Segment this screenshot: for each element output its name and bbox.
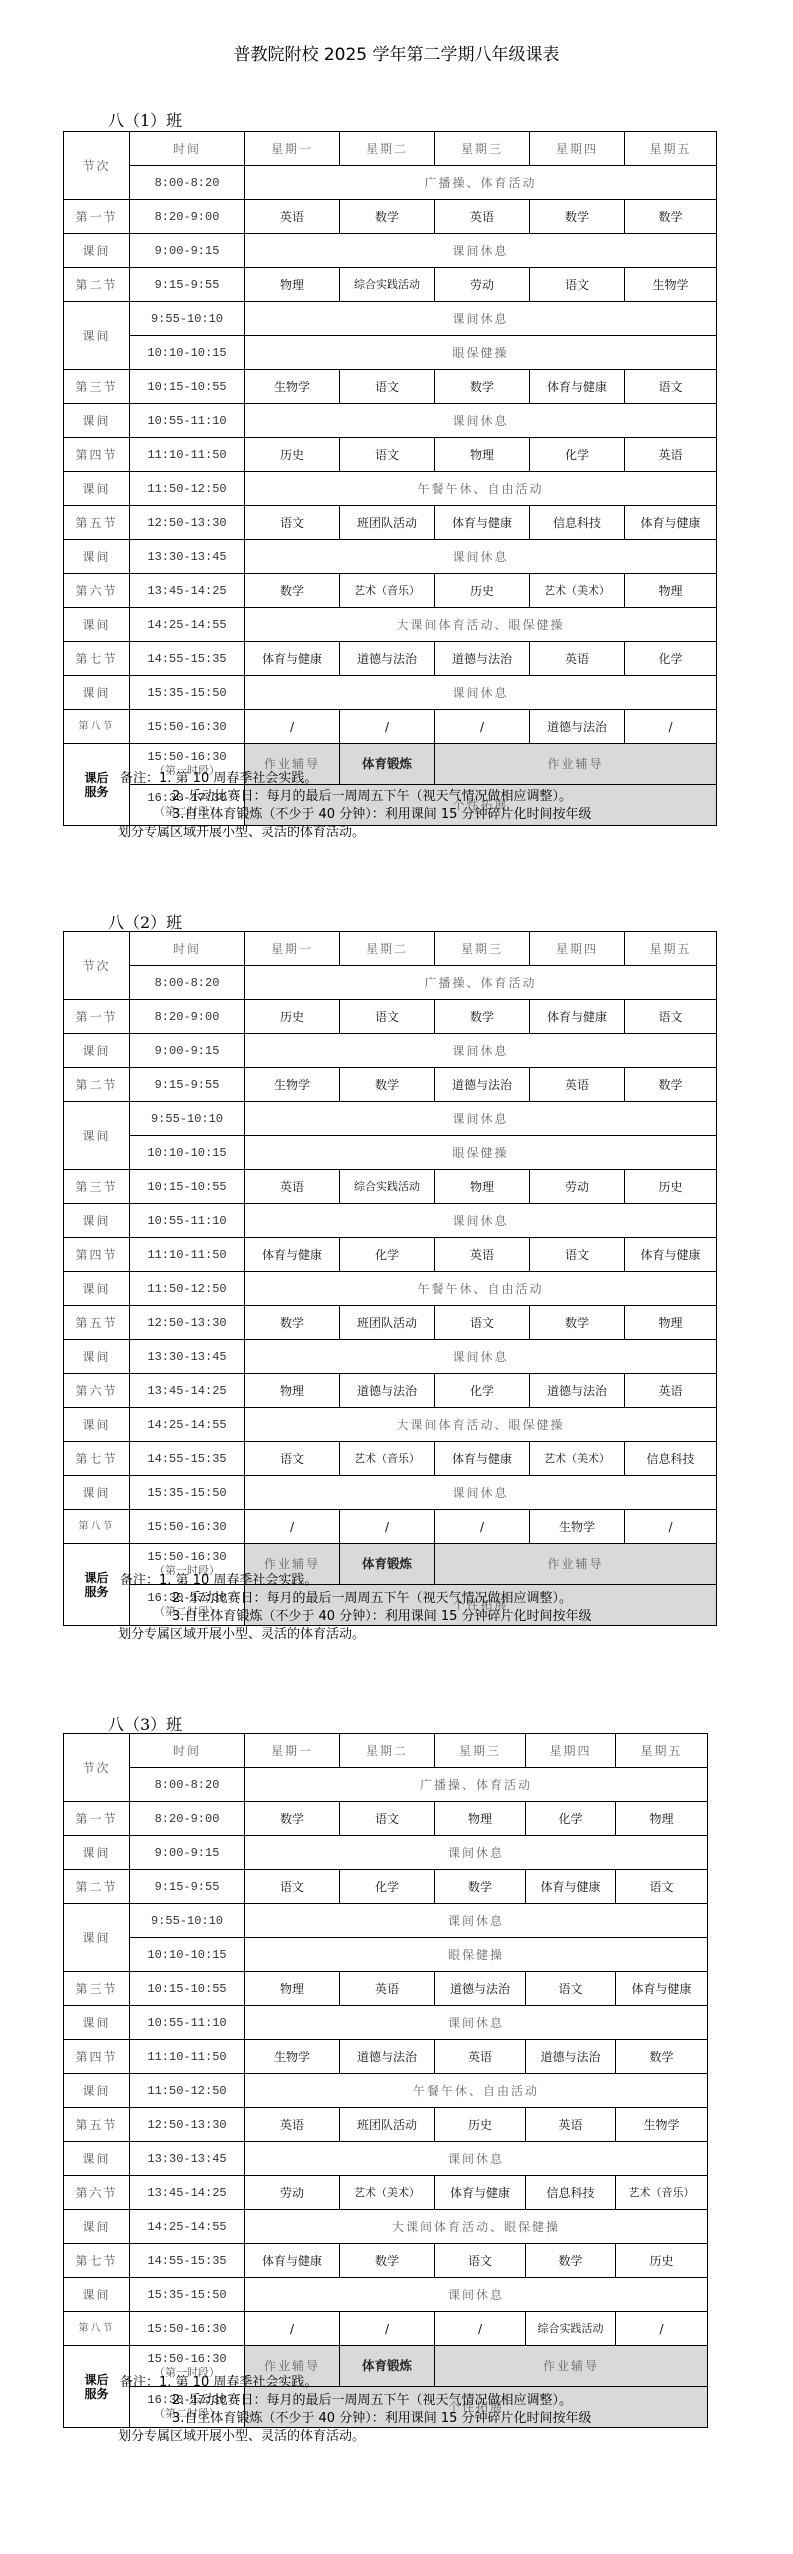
subject-cell: 生物学: [245, 370, 340, 404]
note-line-2: 2. 乐动比赛日：每月的最后一周周五下午（视天气情况做相应调整）。: [120, 788, 760, 806]
subject-cell: 语文: [616, 1870, 708, 1904]
subject-cell: /: [435, 1510, 530, 1544]
slot-time: 15:50-16:30: [130, 750, 244, 764]
lesson-row: 第五节12:50-13:30数学班团队活动语文数学物理: [64, 1306, 717, 1340]
lesson-row: 第七节14:55-15:35体育与健康道德与法治道德与法治英语化学: [64, 642, 717, 676]
time-cell: 14:55-15:35: [130, 2244, 245, 2278]
time-cell: 13:45-14:25: [130, 574, 245, 608]
notes: 备注：1. 第 10 周春季社会实践。2. 乐动比赛日：每月的最后一周周五下午（…: [120, 2374, 760, 2446]
break-label: 课间: [64, 1476, 130, 1510]
period-label: 第六节: [64, 574, 130, 608]
subject-cell: /: [616, 2312, 708, 2346]
lesson-row: 第七节14:55-15:35语文艺术（音乐）体育与健康艺术（美术）信息科技: [64, 1442, 717, 1476]
subject-cell: 化学: [435, 1374, 530, 1408]
activity-span: 眼保健操: [245, 336, 717, 370]
subject-cell: 道德与法治: [530, 1374, 625, 1408]
lesson-row: 第八节15:50-16:30///综合实践活动/: [64, 2312, 708, 2346]
subject-cell: 语文: [340, 370, 435, 404]
activity-span: 眼保健操: [245, 1136, 717, 1170]
subject-cell: 体育与健康: [530, 370, 625, 404]
time-cell: 13:30-13:45: [130, 2142, 245, 2176]
time-cell: 9:15-9:55: [130, 1068, 245, 1102]
subject-cell: 历史: [435, 574, 530, 608]
lesson-row: 第二节9:15-9:55物理综合实践活动劳动语文生物学: [64, 268, 717, 302]
subject-cell: 艺术（美术）: [530, 1442, 625, 1476]
subject-cell: 物理: [625, 1306, 717, 1340]
lesson-row: 第六节13:45-14:25数学艺术（音乐）历史艺术（美术）物理: [64, 574, 717, 608]
note-line-2: 2. 乐动比赛日：每月的最后一周周五下午（视天气情况做相应调整）。: [120, 2392, 760, 2410]
time-cell: 11:10-11:50: [130, 1238, 245, 1272]
time-cell: 8:00-8:20: [130, 1768, 245, 1802]
activity-span: 课间休息: [245, 1340, 717, 1374]
break-row: 课间15:35-15:50课间休息: [64, 1476, 717, 1510]
subject-cell: 数学: [245, 1306, 340, 1340]
break-row: 课间10:55-11:10课间休息: [64, 404, 717, 438]
subject-cell: 物理: [616, 1802, 708, 1836]
subject-cell: 体育与健康: [245, 642, 340, 676]
time-cell: 12:50-13:30: [130, 506, 245, 540]
activity-span: 课间休息: [245, 234, 717, 268]
note-line-1: 备注：1. 第 10 周春季社会实践。: [120, 770, 760, 788]
break-row: 课间14:25-14:55大课间体育活动、眼保健操: [64, 2210, 708, 2244]
activity-span: 课间休息: [245, 1102, 717, 1136]
subject-cell: 语文: [435, 1306, 530, 1340]
subject-cell: 道德与法治: [340, 2040, 435, 2074]
time-cell: 9:55-10:10: [130, 1904, 245, 1938]
lesson-row: 第一节8:20-9:00数学语文物理化学物理: [64, 1802, 708, 1836]
break-label: 课间: [64, 1034, 130, 1068]
time-cell: 15:50-16:30: [130, 1510, 245, 1544]
time-cell: 15:50-16:30: [130, 710, 245, 744]
subject-cell: 数学: [245, 1802, 340, 1836]
break-label: 课间: [64, 472, 130, 506]
subject-cell: 劳动: [530, 1170, 625, 1204]
morning-exercise-row: 8:00-8:20广播操、体育活动: [64, 1768, 708, 1802]
day-header: 星期三: [435, 132, 530, 166]
day-header: 星期一: [245, 932, 340, 966]
timetable-2: 节次时间星期一星期二星期三星期四星期五8:00-8:20广播操、体育活动第一节8…: [63, 931, 717, 1626]
break-label: 课间: [64, 1272, 130, 1306]
activity-span: 课间休息: [245, 302, 717, 336]
subject-cell: 道德与法治: [340, 1374, 435, 1408]
break-label: 课间: [64, 2278, 130, 2312]
subject-cell: 生物学: [245, 1068, 340, 1102]
subject-cell: 语文: [245, 1870, 340, 1904]
subject-cell: 语文: [530, 1238, 625, 1272]
subject-cell: 道德与法治: [526, 2040, 616, 2074]
subject-cell: 历史: [245, 1000, 340, 1034]
break-label: 课间: [64, 2006, 130, 2040]
note-line-4: 划分专属区域开展小型、灵活的体育活动。: [118, 1626, 760, 1644]
subject-cell: 艺术（音乐）: [340, 1442, 435, 1476]
lesson-row: 第一节8:20-9:00英语数学英语数学数学: [64, 200, 717, 234]
activity-span: 午餐午休、自由活动: [245, 1272, 717, 1306]
time-cell: 10:10-10:15: [130, 1938, 245, 1972]
period-label: 第八节: [64, 2312, 130, 2346]
header-row: 节次时间星期一星期二星期三星期四星期五: [64, 932, 717, 966]
subject-cell: 体育与健康: [435, 1442, 530, 1476]
period-label: 第二节: [64, 1068, 130, 1102]
activity-span: 课间休息: [245, 1476, 717, 1510]
time-cell: 14:25-14:55: [130, 2210, 245, 2244]
subject-cell: 道德与法治: [435, 642, 530, 676]
time-header: 时间: [130, 132, 245, 166]
time-cell: 9:15-9:55: [130, 1870, 245, 1904]
subject-cell: 体育与健康: [625, 1238, 717, 1272]
subject-cell: 体育与健康: [245, 2244, 340, 2278]
time-cell: 12:50-13:30: [130, 2108, 245, 2142]
lesson-row: 第一节8:20-9:00历史语文数学体育与健康语文: [64, 1000, 717, 1034]
break-row: 课间14:25-14:55大课间体育活动、眼保健操: [64, 608, 717, 642]
break-row: 课间15:35-15:50课间休息: [64, 2278, 708, 2312]
class-label: 八（1）班: [108, 108, 182, 131]
subject-cell: /: [245, 710, 340, 744]
time-cell: 13:45-14:25: [130, 1374, 245, 1408]
lesson-row: 第二节9:15-9:55语文化学数学体育与健康语文: [64, 1870, 708, 1904]
day-header: 星期四: [530, 132, 625, 166]
subject-cell: /: [340, 2312, 435, 2346]
break-label: 课间: [64, 676, 130, 710]
activity-span: 广播操、体育活动: [245, 966, 717, 1000]
day-header: 星期一: [245, 132, 340, 166]
subject-cell: 语文: [245, 1442, 340, 1476]
lesson-row: 第六节13:45-14:25物理道德与法治化学道德与法治英语: [64, 1374, 717, 1408]
subject-cell: 化学: [526, 1802, 616, 1836]
subject-cell: 信息科技: [530, 506, 625, 540]
subject-cell: 劳动: [435, 268, 530, 302]
subject-cell: 语文: [625, 1000, 717, 1034]
break-label: 课间: [64, 234, 130, 268]
activity-span: 大课间体育活动、眼保健操: [245, 2210, 708, 2244]
subject-cell: 艺术（音乐）: [340, 574, 435, 608]
note-line-1: 备注：1. 第 10 周春季社会实践。: [120, 1572, 760, 1590]
activity-span: 课间休息: [245, 404, 717, 438]
subject-cell: 语文: [526, 1972, 616, 2006]
subject-cell: 英语: [435, 200, 530, 234]
subject-cell: 语文: [340, 438, 435, 472]
subject-cell: 英语: [245, 1170, 340, 1204]
subject-cell: 数学: [340, 2244, 435, 2278]
time-cell: 11:50-12:50: [130, 1272, 245, 1306]
activity-span: 眼保健操: [245, 1938, 708, 1972]
period-label: 第八节: [64, 710, 130, 744]
period-label: 第七节: [64, 2244, 130, 2278]
subject-cell: 物理: [435, 1170, 530, 1204]
subject-cell: 语文: [340, 1802, 435, 1836]
activity-span: 广播操、体育活动: [245, 1768, 708, 1802]
period-label: 第四节: [64, 1238, 130, 1272]
activity-span: 广播操、体育活动: [245, 166, 717, 200]
break-row: 课间11:50-12:50午餐午休、自由活动: [64, 2074, 708, 2108]
subject-cell: /: [245, 2312, 340, 2346]
time-cell: 13:30-13:45: [130, 540, 245, 574]
lesson-row: 第八节15:50-16:30///生物学/: [64, 1510, 717, 1544]
subject-cell: 体育与健康: [435, 2176, 526, 2210]
subject-cell: 生物学: [245, 2040, 340, 2074]
activity-span: 大课间体育活动、眼保健操: [245, 608, 717, 642]
period-label: 第三节: [64, 1972, 130, 2006]
period-label: 第一节: [64, 1802, 130, 1836]
class-label: 八（2）班: [108, 910, 182, 933]
period-label: 第一节: [64, 1000, 130, 1034]
subject-cell: 道德与法治: [435, 1972, 526, 2006]
break-row: 课间13:30-13:45课间休息: [64, 1340, 717, 1374]
subject-cell: 数学: [435, 370, 530, 404]
break-row: 10:10-10:15眼保健操: [64, 336, 717, 370]
page-title: 普教院附校 2025 学年第二学期八年级课表: [0, 40, 793, 65]
lesson-row: 第三节10:15-10:55生物学语文数学体育与健康语文: [64, 370, 717, 404]
subject-cell: 物理: [245, 1374, 340, 1408]
day-header: 星期二: [340, 132, 435, 166]
subject-cell: /: [625, 710, 717, 744]
break-row: 10:10-10:15眼保健操: [64, 1938, 708, 1972]
time-cell: 11:50-12:50: [130, 2074, 245, 2108]
break-row: 课间14:25-14:55大课间体育活动、眼保健操: [64, 1408, 717, 1442]
period-label: 第三节: [64, 1170, 130, 1204]
subject-cell: /: [435, 710, 530, 744]
activity-span: 课间休息: [245, 540, 717, 574]
subject-cell: 数学: [616, 2040, 708, 2074]
morning-exercise-row: 8:00-8:20广播操、体育活动: [64, 166, 717, 200]
note-line-1: 备注：1. 第 10 周春季社会实践。: [120, 2374, 760, 2392]
break-label: 课间: [64, 1204, 130, 1238]
subject-cell: 道德与法治: [340, 642, 435, 676]
subject-cell: 英语: [245, 200, 340, 234]
time-cell: 15:50-16:30: [130, 2312, 245, 2346]
day-header: 星期二: [340, 1734, 435, 1768]
subject-cell: 英语: [435, 2040, 526, 2074]
lesson-row: 第五节12:50-13:30英语班团队活动历史英语生物学: [64, 2108, 708, 2142]
subject-cell: /: [340, 1510, 435, 1544]
subject-cell: 英语: [625, 1374, 717, 1408]
time-cell: 8:20-9:00: [130, 1802, 245, 1836]
period-label: 第七节: [64, 1442, 130, 1476]
subject-cell: 历史: [435, 2108, 526, 2142]
time-cell: 8:20-9:00: [130, 200, 245, 234]
lesson-row: 第八节15:50-16:30///道德与法治/: [64, 710, 717, 744]
activity-span: 课间休息: [245, 1836, 708, 1870]
time-cell: 13:30-13:45: [130, 1340, 245, 1374]
subject-cell: 体育与健康: [435, 506, 530, 540]
break-label: 课间: [64, 2210, 130, 2244]
break-label: 课间: [64, 302, 130, 370]
time-cell: 12:50-13:30: [130, 1306, 245, 1340]
time-header: 时间: [130, 932, 245, 966]
period-label: 第八节: [64, 1510, 130, 1544]
period-label: 第三节: [64, 370, 130, 404]
subject-cell: 生物学: [530, 1510, 625, 1544]
subject-cell: 生物学: [616, 2108, 708, 2142]
note-line-4: 划分专属区域开展小型、灵活的体育活动。: [118, 824, 760, 842]
time-cell: 9:55-10:10: [130, 302, 245, 336]
subject-cell: 英语: [530, 642, 625, 676]
subject-cell: 化学: [340, 1870, 435, 1904]
subject-cell: 物理: [245, 1972, 340, 2006]
subject-cell: 道德与法治: [530, 710, 625, 744]
subject-cell: 艺术（美术）: [340, 2176, 435, 2210]
activity-span: 课间休息: [245, 1034, 717, 1068]
subject-cell: 语文: [340, 1000, 435, 1034]
subject-cell: 物理: [435, 1802, 526, 1836]
lesson-row: 第七节14:55-15:35体育与健康数学语文数学历史: [64, 2244, 708, 2278]
lesson-row: 第四节11:10-11:50历史语文物理化学英语: [64, 438, 717, 472]
subject-cell: 历史: [625, 1170, 717, 1204]
time-cell: 10:55-11:10: [130, 1204, 245, 1238]
break-label: 课间: [64, 1408, 130, 1442]
subject-cell: 英语: [245, 2108, 340, 2142]
lesson-row: 第三节10:15-10:55英语综合实践活动物理劳动历史: [64, 1170, 717, 1204]
subject-cell: 班团队活动: [340, 1306, 435, 1340]
period-header: 节次: [64, 932, 130, 1000]
time-cell: 9:55-10:10: [130, 1102, 245, 1136]
time-cell: 14:55-15:35: [130, 1442, 245, 1476]
period-label: 第四节: [64, 2040, 130, 2074]
subject-cell: 综合实践活动: [526, 2312, 616, 2346]
subject-cell: 英语: [625, 438, 717, 472]
time-cell: 11:50-12:50: [130, 472, 245, 506]
subject-cell: /: [245, 1510, 340, 1544]
subject-cell: 物理: [245, 268, 340, 302]
time-cell: 13:45-14:25: [130, 2176, 245, 2210]
activity-span: 午餐午休、自由活动: [245, 472, 717, 506]
time-cell: 9:15-9:55: [130, 268, 245, 302]
subject-cell: 信息科技: [526, 2176, 616, 2210]
lesson-row: 第五节12:50-13:30语文班团队活动体育与健康信息科技体育与健康: [64, 506, 717, 540]
activity-span: 课间休息: [245, 2006, 708, 2040]
time-cell: 11:10-11:50: [130, 2040, 245, 2074]
period-label: 第二节: [64, 1870, 130, 1904]
period-label: 第四节: [64, 438, 130, 472]
time-cell: 14:55-15:35: [130, 642, 245, 676]
subject-cell: 艺术（美术）: [530, 574, 625, 608]
day-header: 星期三: [435, 932, 530, 966]
lesson-row: 第四节11:10-11:50体育与健康化学英语语文体育与健康: [64, 1238, 717, 1272]
subject-cell: /: [435, 2312, 526, 2346]
subject-cell: 班团队活动: [340, 2108, 435, 2142]
note-line-3: 3.自主体育锻炼（不少于 40 分钟）：利用课间 15 分钟碎片化时间按年级: [120, 2410, 760, 2428]
subject-cell: 体育与健康: [625, 506, 717, 540]
subject-cell: 体育与健康: [530, 1000, 625, 1034]
day-header: 星期五: [625, 932, 717, 966]
time-cell: 8:00-8:20: [130, 966, 245, 1000]
subject-cell: 数学: [625, 200, 717, 234]
subject-cell: 道德与法治: [435, 1068, 530, 1102]
subject-cell: 数学: [340, 1068, 435, 1102]
period-label: 第六节: [64, 1374, 130, 1408]
subject-cell: 班团队活动: [340, 506, 435, 540]
subject-cell: 数学: [526, 2244, 616, 2278]
notes: 备注：1. 第 10 周春季社会实践。2. 乐动比赛日：每月的最后一周周五下午（…: [120, 1572, 760, 1644]
lesson-row: 第六节13:45-14:25劳动艺术（美术）体育与健康信息科技艺术（音乐）: [64, 2176, 708, 2210]
subject-cell: 劳动: [245, 2176, 340, 2210]
period-label: 第五节: [64, 1306, 130, 1340]
subject-cell: 体育与健康: [616, 1972, 708, 2006]
subject-cell: 生物学: [625, 268, 717, 302]
subject-cell: 语文: [530, 268, 625, 302]
break-label: 课间: [64, 540, 130, 574]
subject-cell: 英语: [526, 2108, 616, 2142]
day-header: 星期四: [526, 1734, 616, 1768]
period-label: 第七节: [64, 642, 130, 676]
note-line-3: 3.自主体育锻炼（不少于 40 分钟）：利用课间 15 分钟碎片化时间按年级: [120, 806, 760, 824]
break-row: 课间11:50-12:50午餐午休、自由活动: [64, 1272, 717, 1306]
lesson-row: 第二节9:15-9:55生物学数学道德与法治英语数学: [64, 1068, 717, 1102]
day-header: 星期三: [435, 1734, 526, 1768]
time-cell: 10:10-10:15: [130, 336, 245, 370]
subject-cell: 语文: [245, 506, 340, 540]
subject-cell: 艺术（音乐）: [616, 2176, 708, 2210]
subject-cell: 语文: [625, 370, 717, 404]
time-cell: 15:35-15:50: [130, 1476, 245, 1510]
time-cell: 10:55-11:10: [130, 2006, 245, 2040]
subject-cell: 历史: [245, 438, 340, 472]
slot-time: 15:50-16:30: [130, 2352, 244, 2366]
break-label: 课间: [64, 404, 130, 438]
activity-span: 课间休息: [245, 1904, 708, 1938]
lesson-row: 第三节10:15-10:55物理英语道德与法治语文体育与健康: [64, 1972, 708, 2006]
time-cell: 14:25-14:55: [130, 1408, 245, 1442]
break-row: 课间11:50-12:50午餐午休、自由活动: [64, 472, 717, 506]
activity-span: 课间休息: [245, 2278, 708, 2312]
subject-cell: /: [340, 710, 435, 744]
break-row: 课间9:55-10:10课间休息: [64, 1904, 708, 1938]
break-row: 课间10:55-11:10课间休息: [64, 2006, 708, 2040]
subject-cell: 英语: [340, 1972, 435, 2006]
subject-cell: 数学: [245, 574, 340, 608]
class-label: 八（3）班: [108, 1712, 182, 1735]
subject-cell: 体育与健康: [245, 1238, 340, 1272]
break-row: 课间10:55-11:10课间休息: [64, 1204, 717, 1238]
break-label: 课间: [64, 1340, 130, 1374]
note-line-2: 2. 乐动比赛日：每月的最后一周周五下午（视天气情况做相应调整）。: [120, 1590, 760, 1608]
day-header: 星期五: [616, 1734, 708, 1768]
lesson-row: 第四节11:10-11:50生物学道德与法治英语道德与法治数学: [64, 2040, 708, 2074]
subject-cell: 物理: [625, 574, 717, 608]
break-row: 课间9:55-10:10课间休息: [64, 1102, 717, 1136]
subject-cell: 综合实践活动: [340, 1170, 435, 1204]
subject-cell: 数学: [530, 1306, 625, 1340]
timetable-1: 节次时间星期一星期二星期三星期四星期五8:00-8:20广播操、体育活动第一节8…: [63, 131, 717, 826]
time-cell: 10:55-11:10: [130, 404, 245, 438]
break-label: 课间: [64, 2074, 130, 2108]
day-header: 星期四: [530, 932, 625, 966]
activity-span: 课间休息: [245, 2142, 708, 2176]
subject-cell: 综合实践活动: [340, 268, 435, 302]
note-line-4: 划分专属区域开展小型、灵活的体育活动。: [118, 2428, 760, 2446]
activity-span: 课间休息: [245, 1204, 717, 1238]
subject-cell: 英语: [435, 1238, 530, 1272]
subject-cell: 化学: [625, 642, 717, 676]
period-header: 节次: [64, 132, 130, 200]
subject-cell: 物理: [435, 438, 530, 472]
subject-cell: 数学: [625, 1068, 717, 1102]
morning-exercise-row: 8:00-8:20广播操、体育活动: [64, 966, 717, 1000]
time-cell: 15:35-15:50: [130, 676, 245, 710]
subject-cell: 语文: [435, 2244, 526, 2278]
period-header: 节次: [64, 1734, 130, 1802]
notes: 备注：1. 第 10 周春季社会实践。2. 乐动比赛日：每月的最后一周周五下午（…: [120, 770, 760, 842]
day-header: 星期一: [245, 1734, 340, 1768]
subject-cell: 历史: [616, 2244, 708, 2278]
period-label: 第六节: [64, 2176, 130, 2210]
time-header: 时间: [130, 1734, 245, 1768]
break-label: 课间: [64, 1836, 130, 1870]
subject-cell: 信息科技: [625, 1442, 717, 1476]
subject-cell: 英语: [530, 1068, 625, 1102]
activity-span: 午餐午休、自由活动: [245, 2074, 708, 2108]
subject-cell: 化学: [340, 1238, 435, 1272]
header-row: 节次时间星期一星期二星期三星期四星期五: [64, 1734, 708, 1768]
